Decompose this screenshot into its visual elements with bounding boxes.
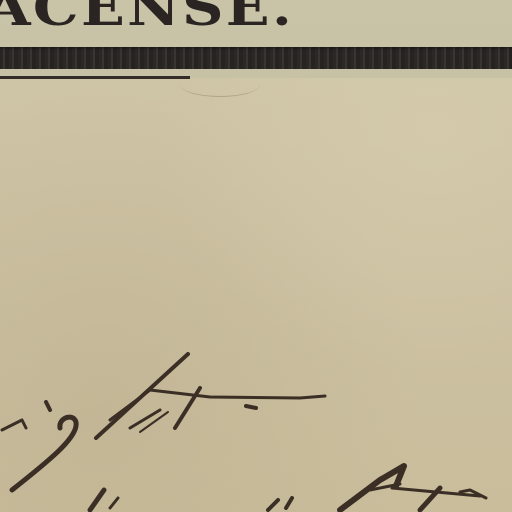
handwriting-strokes xyxy=(0,340,512,512)
header-title-text: ACENSE. xyxy=(0,0,294,37)
handwritten-script xyxy=(0,340,512,512)
paper-crease xyxy=(180,72,260,97)
header-thin-rule xyxy=(0,76,190,79)
header-thick-rule xyxy=(0,47,512,69)
